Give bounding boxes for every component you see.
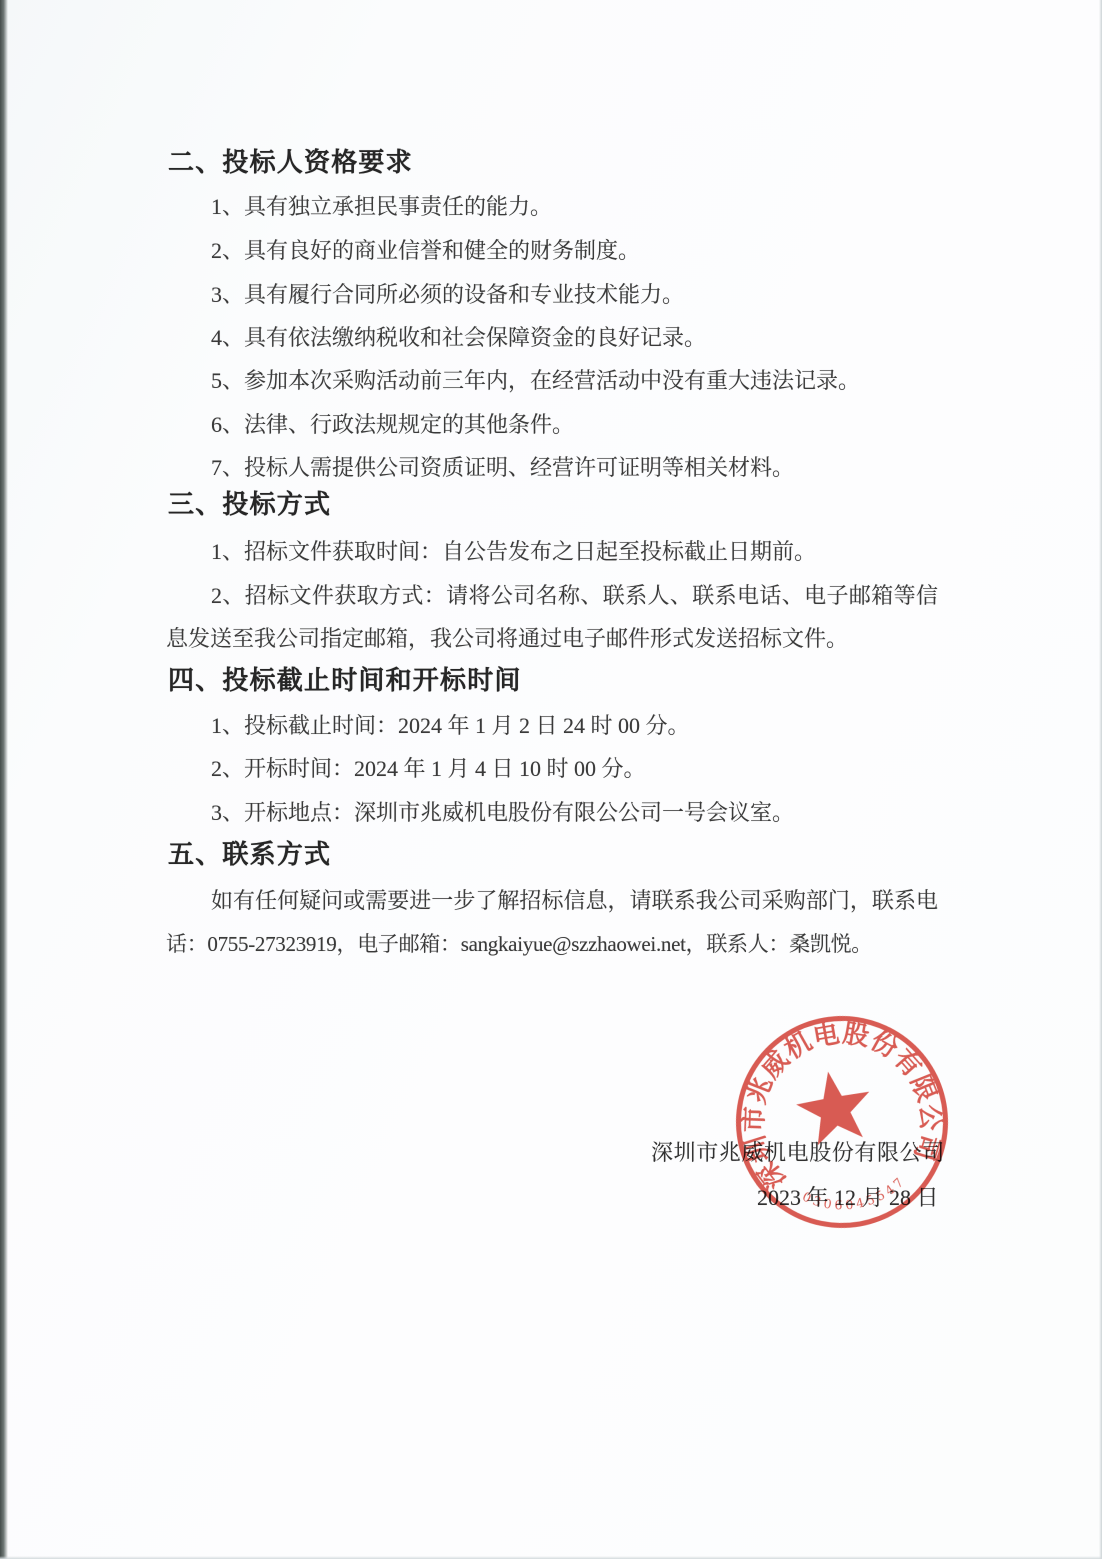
list-item: 7、投标人需提供公司资质证明、经营许可证明等相关材料。 bbox=[211, 452, 794, 484]
list-item: 1、具有独立承担民事责任的能力。 bbox=[211, 191, 552, 223]
list-item: 3、具有履行合同所必须的设备和专业技术能力。 bbox=[211, 279, 684, 311]
list-item: 5、参加本次采购活动前三年内，在经营活动中没有重大违法记录。 bbox=[211, 365, 860, 397]
list-item: 2、招标文件获取方式：请将公司名称、联系人、联系电话、电子邮箱等信 bbox=[211, 580, 938, 612]
paragraph-line: 如有任何疑问或需要进一步了解招标信息，请联系我公司采购部门，联系电 bbox=[211, 885, 938, 917]
section-heading-deadline-and-opening: 四、投标截止时间和开标时间 bbox=[168, 665, 522, 697]
company-seal-stamp: 深圳市兆威机电股份有限公司 0306045547 bbox=[705, 985, 978, 1258]
section-heading-contact: 五、联系方式 bbox=[168, 839, 331, 871]
list-item: 3、开标地点：深圳市兆威机电股份有限公公司一号会议室。 bbox=[211, 797, 794, 829]
paragraph-continuation: 话：0755-27323919，电子邮箱：sangkaiyue@szzhaowe… bbox=[166, 928, 872, 960]
seal-star-icon bbox=[792, 1065, 877, 1147]
paragraph-continuation: 息发送至我公司指定邮箱，我公司将通过电子邮件形式发送招标文件。 bbox=[166, 623, 848, 655]
scan-edge-left bbox=[0, 0, 8, 1559]
section-heading-bidding-method: 三、投标方式 bbox=[168, 489, 331, 521]
list-item: 1、招标文件获取时间：自公告发布之日起至投标截止日期前。 bbox=[211, 536, 816, 568]
list-item: 6、法律、行政法规规定的其他条件。 bbox=[211, 409, 574, 441]
section-heading-bidder-qualifications: 二、投标人资格要求 bbox=[168, 147, 413, 179]
list-item: 2、开标时间：2024 年 1 月 4 日 10 时 00 分。 bbox=[211, 753, 646, 785]
scanned-document-page: 二、投标人资格要求 1、具有独立承担民事责任的能力。 2、具有良好的商业信誉和健… bbox=[0, 0, 1102, 1559]
list-item: 2、具有良好的商业信誉和健全的财务制度。 bbox=[211, 235, 640, 267]
list-item: 4、具有依法缴纳税收和社会保障资金的良好记录。 bbox=[211, 322, 706, 354]
list-item: 1、投标截止时间：2024 年 1 月 2 日 24 时 00 分。 bbox=[211, 710, 690, 742]
